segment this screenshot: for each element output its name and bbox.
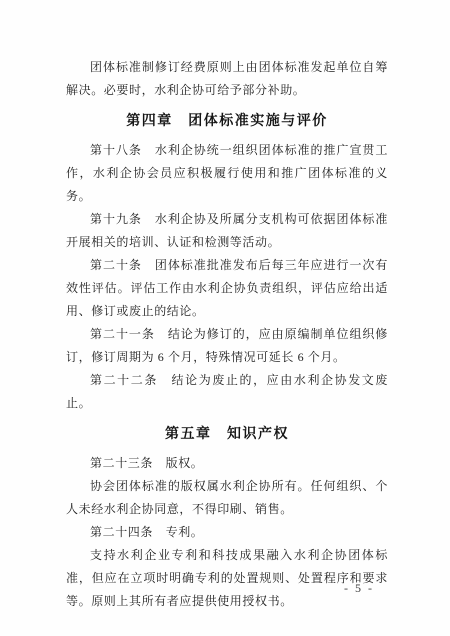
- document-page: 团体标准制修订经费原则上由团体标准发起单位自筹解决。必要时，水利企协可给予部分补…: [0, 0, 450, 636]
- paragraph-patent: 支持水利企业专利和科技成果融入水利企协团体标准，但应在立项时明确专利的处置规则、…: [66, 544, 388, 613]
- paragraph-article-22: 第二十二条 结论为废止的，应由水利企协发文废止。: [66, 369, 388, 415]
- page-number: - 5 -: [344, 581, 374, 596]
- paragraph-funding: 团体标准制修订经费原则上由团体标准发起单位自筹解决。必要时，水利企协可给予部分补…: [66, 56, 388, 102]
- document-body: 团体标准制修订经费原则上由团体标准发起单位自筹解决。必要时，水利企协可给予部分补…: [66, 56, 388, 613]
- paragraph-article-19: 第十九条 水利企协及所属分支机构可依据团体标准开展相关的培训、认证和检测等活动。: [66, 208, 388, 254]
- paragraph-article-21: 第二十一条 结论为修订的，应由原编制单位组织修订，修订周期为 6 个月，特殊情况…: [66, 323, 388, 369]
- paragraph-article-20: 第二十条 团体标准批准发布后每三年应进行一次有效性评估。评估工作由水利企协负责组…: [66, 254, 388, 323]
- paragraph-article-24: 第二十四条 专利。: [66, 521, 388, 544]
- paragraph-article-23: 第二十三条 版权。: [66, 452, 388, 475]
- chapter-heading-5: 第五章 知识产权: [66, 422, 388, 445]
- chapter-heading-4: 第四章 团体标准实施与评价: [66, 109, 388, 132]
- paragraph-copyright: 协会团体标准的版权属水利企协所有。任何组织、个人未经水利企协同意，不得印刷、销售…: [66, 475, 388, 521]
- paragraph-article-18: 第十八条 水利企协统一组织团体标准的推广宣贯工作，水利企协会员应积极履行使用和推…: [66, 139, 388, 208]
